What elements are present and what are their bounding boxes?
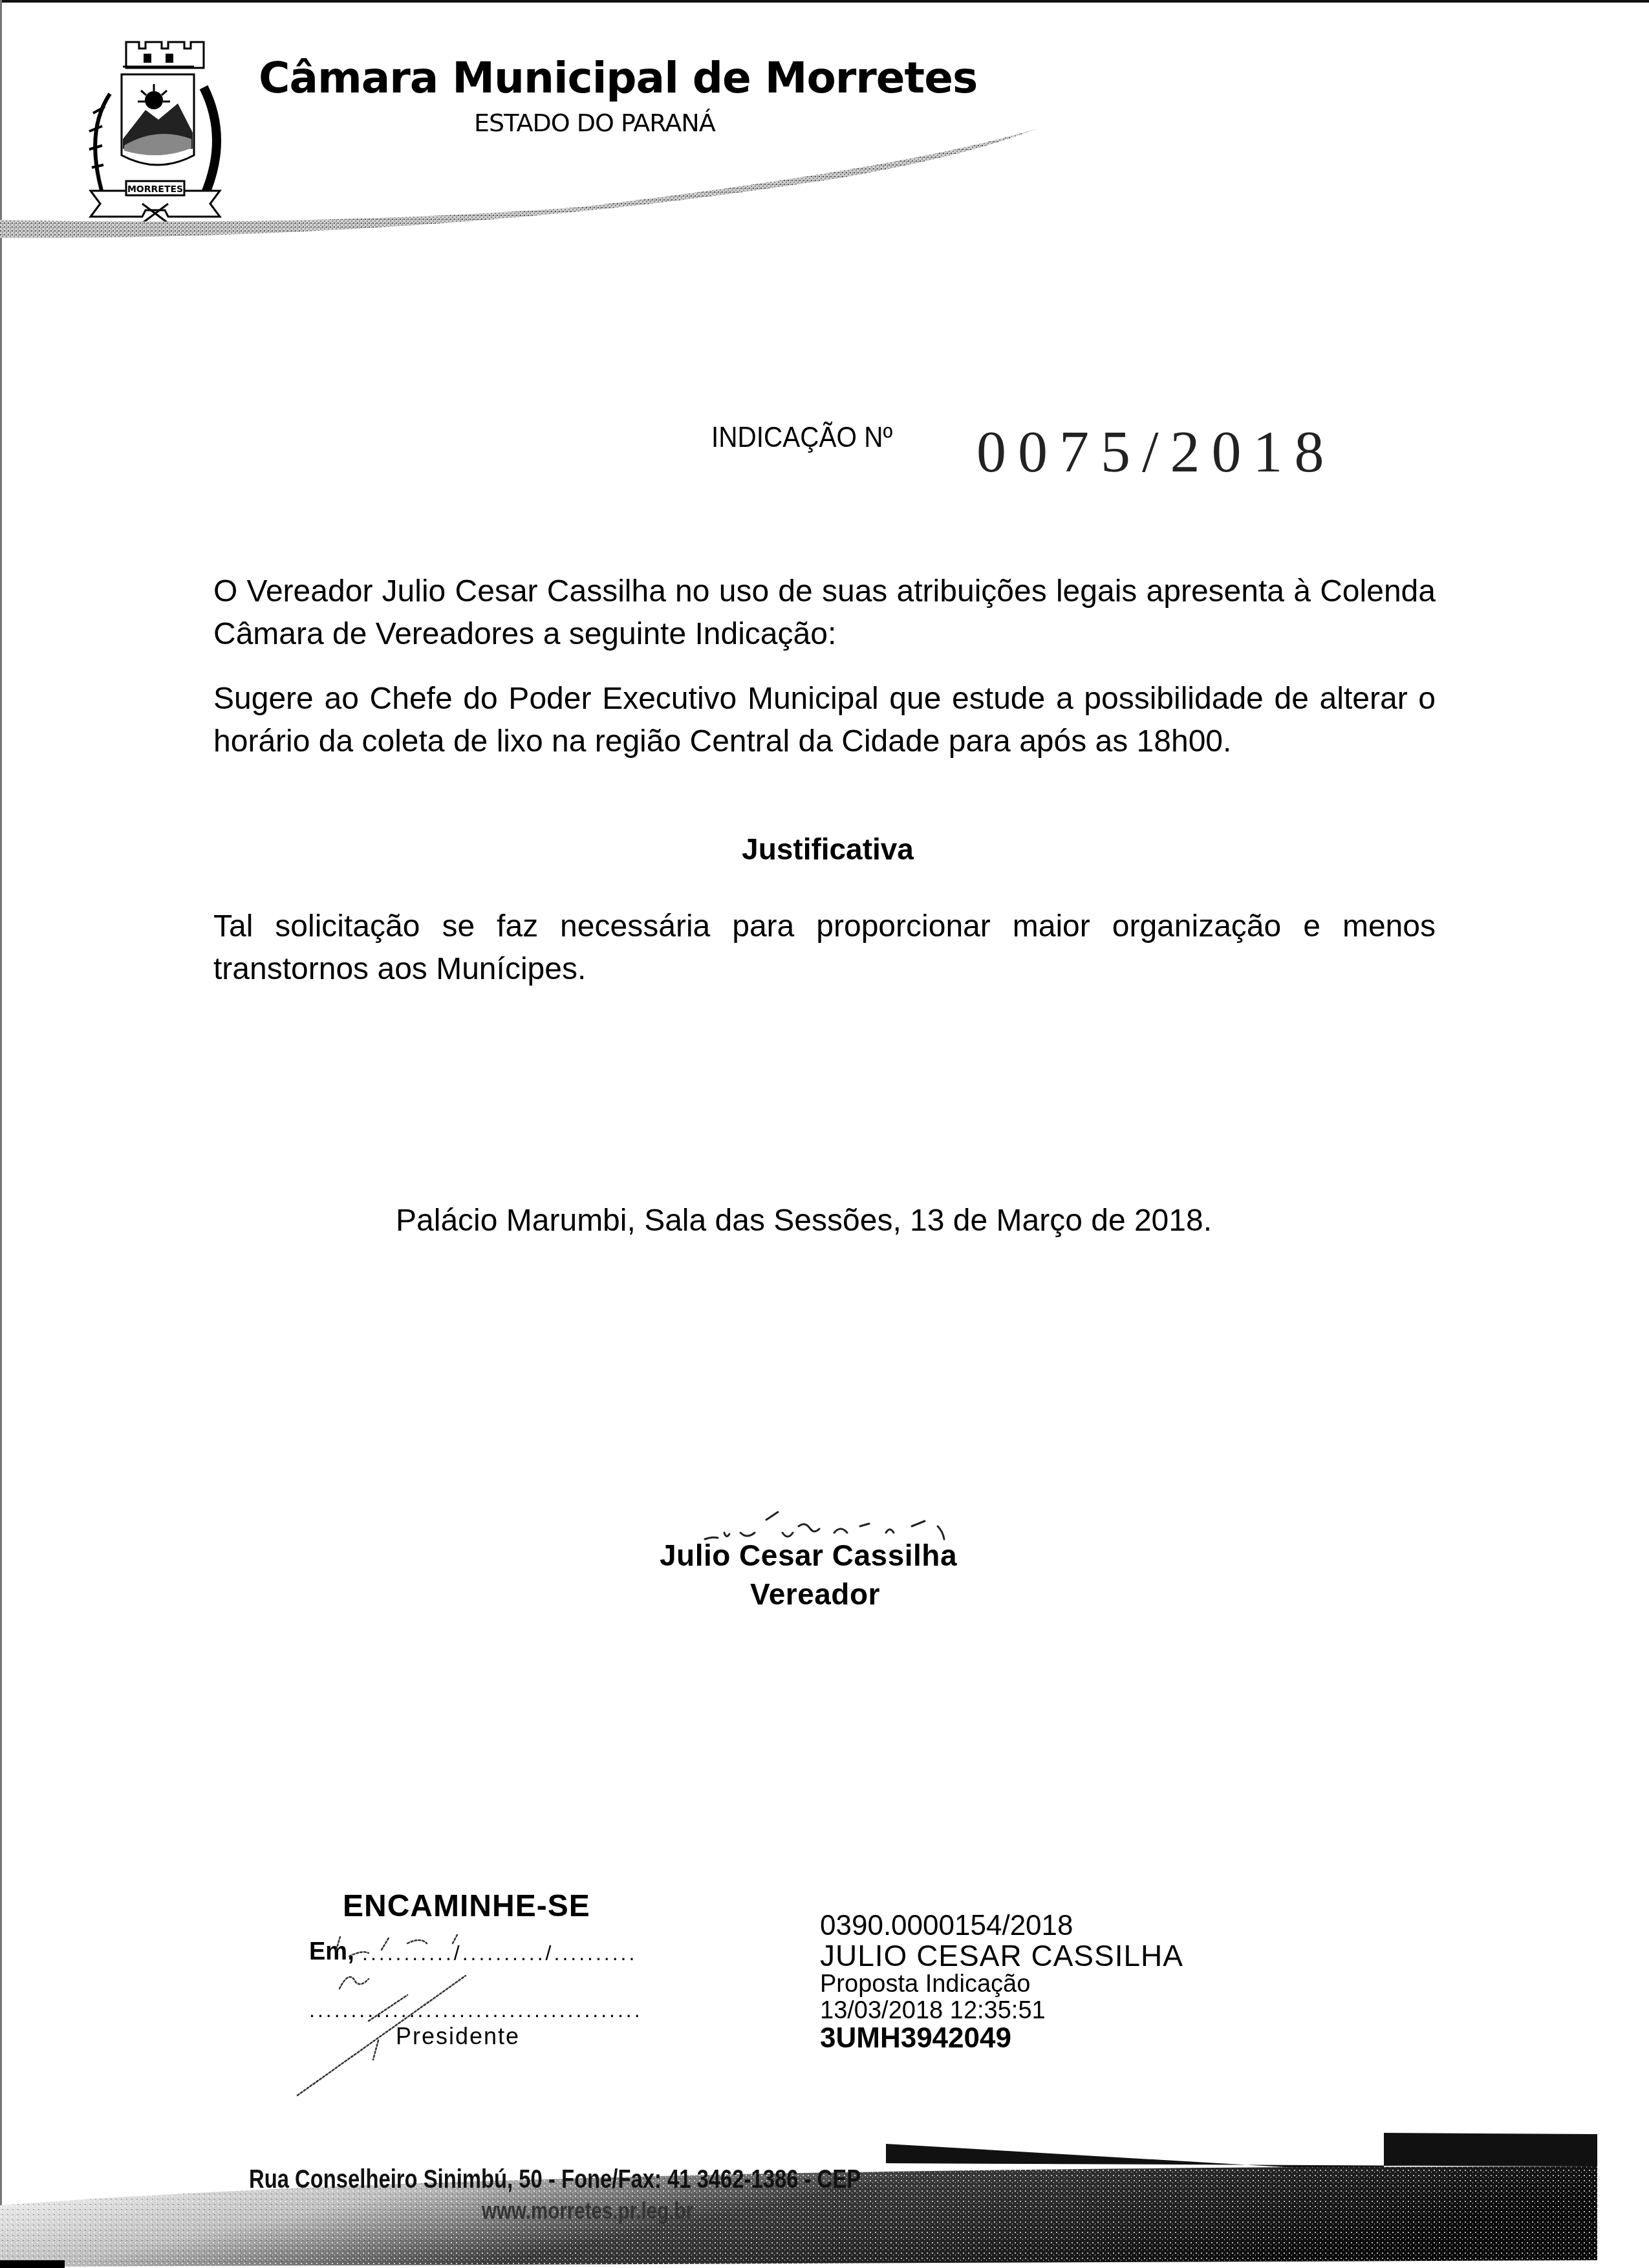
protocol-code: 3UMH3942049 <box>820 2024 1183 2053</box>
justification-paragraph: Tal solicitação se faz necessária para p… <box>213 905 1436 991</box>
indicacao-number: 0075/2018 <box>976 417 1336 486</box>
scan-top-edge <box>0 0 1649 3</box>
president-signature-icon <box>285 1930 491 2105</box>
footer-address: Rua Conselheiro Sinimbú, 50 - Fone/Fax: … <box>249 2165 861 2194</box>
protocol-number: 0390.0000154/2018 <box>820 1911 1183 1941</box>
dispatch-title: ENCAMINHE-SE <box>343 1888 590 1924</box>
justification-heading: Justificativa <box>0 832 1649 867</box>
institution-title: Câmara Municipal de Morretes <box>259 53 977 103</box>
protocol-author: JULIO CESAR CASSILHA <box>820 1941 1183 1971</box>
signatory-role: Vereador <box>750 1577 880 1612</box>
indicacao-label: INDICAÇÃO Nº <box>711 422 892 454</box>
protocol-timestamp: 13/03/2018 12:35:51 <box>820 1998 1183 2024</box>
protocol-stamp: 0390.0000154/2018 JULIO CESAR CASSILHA P… <box>820 1911 1183 2053</box>
footer-website[interactable]: www.morretes.pr.leg.br <box>482 2198 693 2225</box>
scan-left-edge <box>0 0 2 2268</box>
header-swoosh-decoration <box>0 129 1649 246</box>
handwritten-signature-icon <box>679 1487 976 1546</box>
intro-paragraph: O Vereador Julio Cesar Cassilha no uso d… <box>213 570 1436 656</box>
suggestion-paragraph: Sugere ao Chefe do Poder Executivo Munic… <box>213 678 1436 763</box>
signatory-name: Julio Cesar Cassilha <box>660 1538 957 1573</box>
justification-heading-text: Justificativa <box>742 832 914 866</box>
footer-band-decoration <box>0 2128 1649 2268</box>
place-and-date: Palácio Marumbi, Sala das Sessões, 13 de… <box>396 1203 1212 1238</box>
protocol-type: Proposta Indicação <box>820 1971 1183 1998</box>
